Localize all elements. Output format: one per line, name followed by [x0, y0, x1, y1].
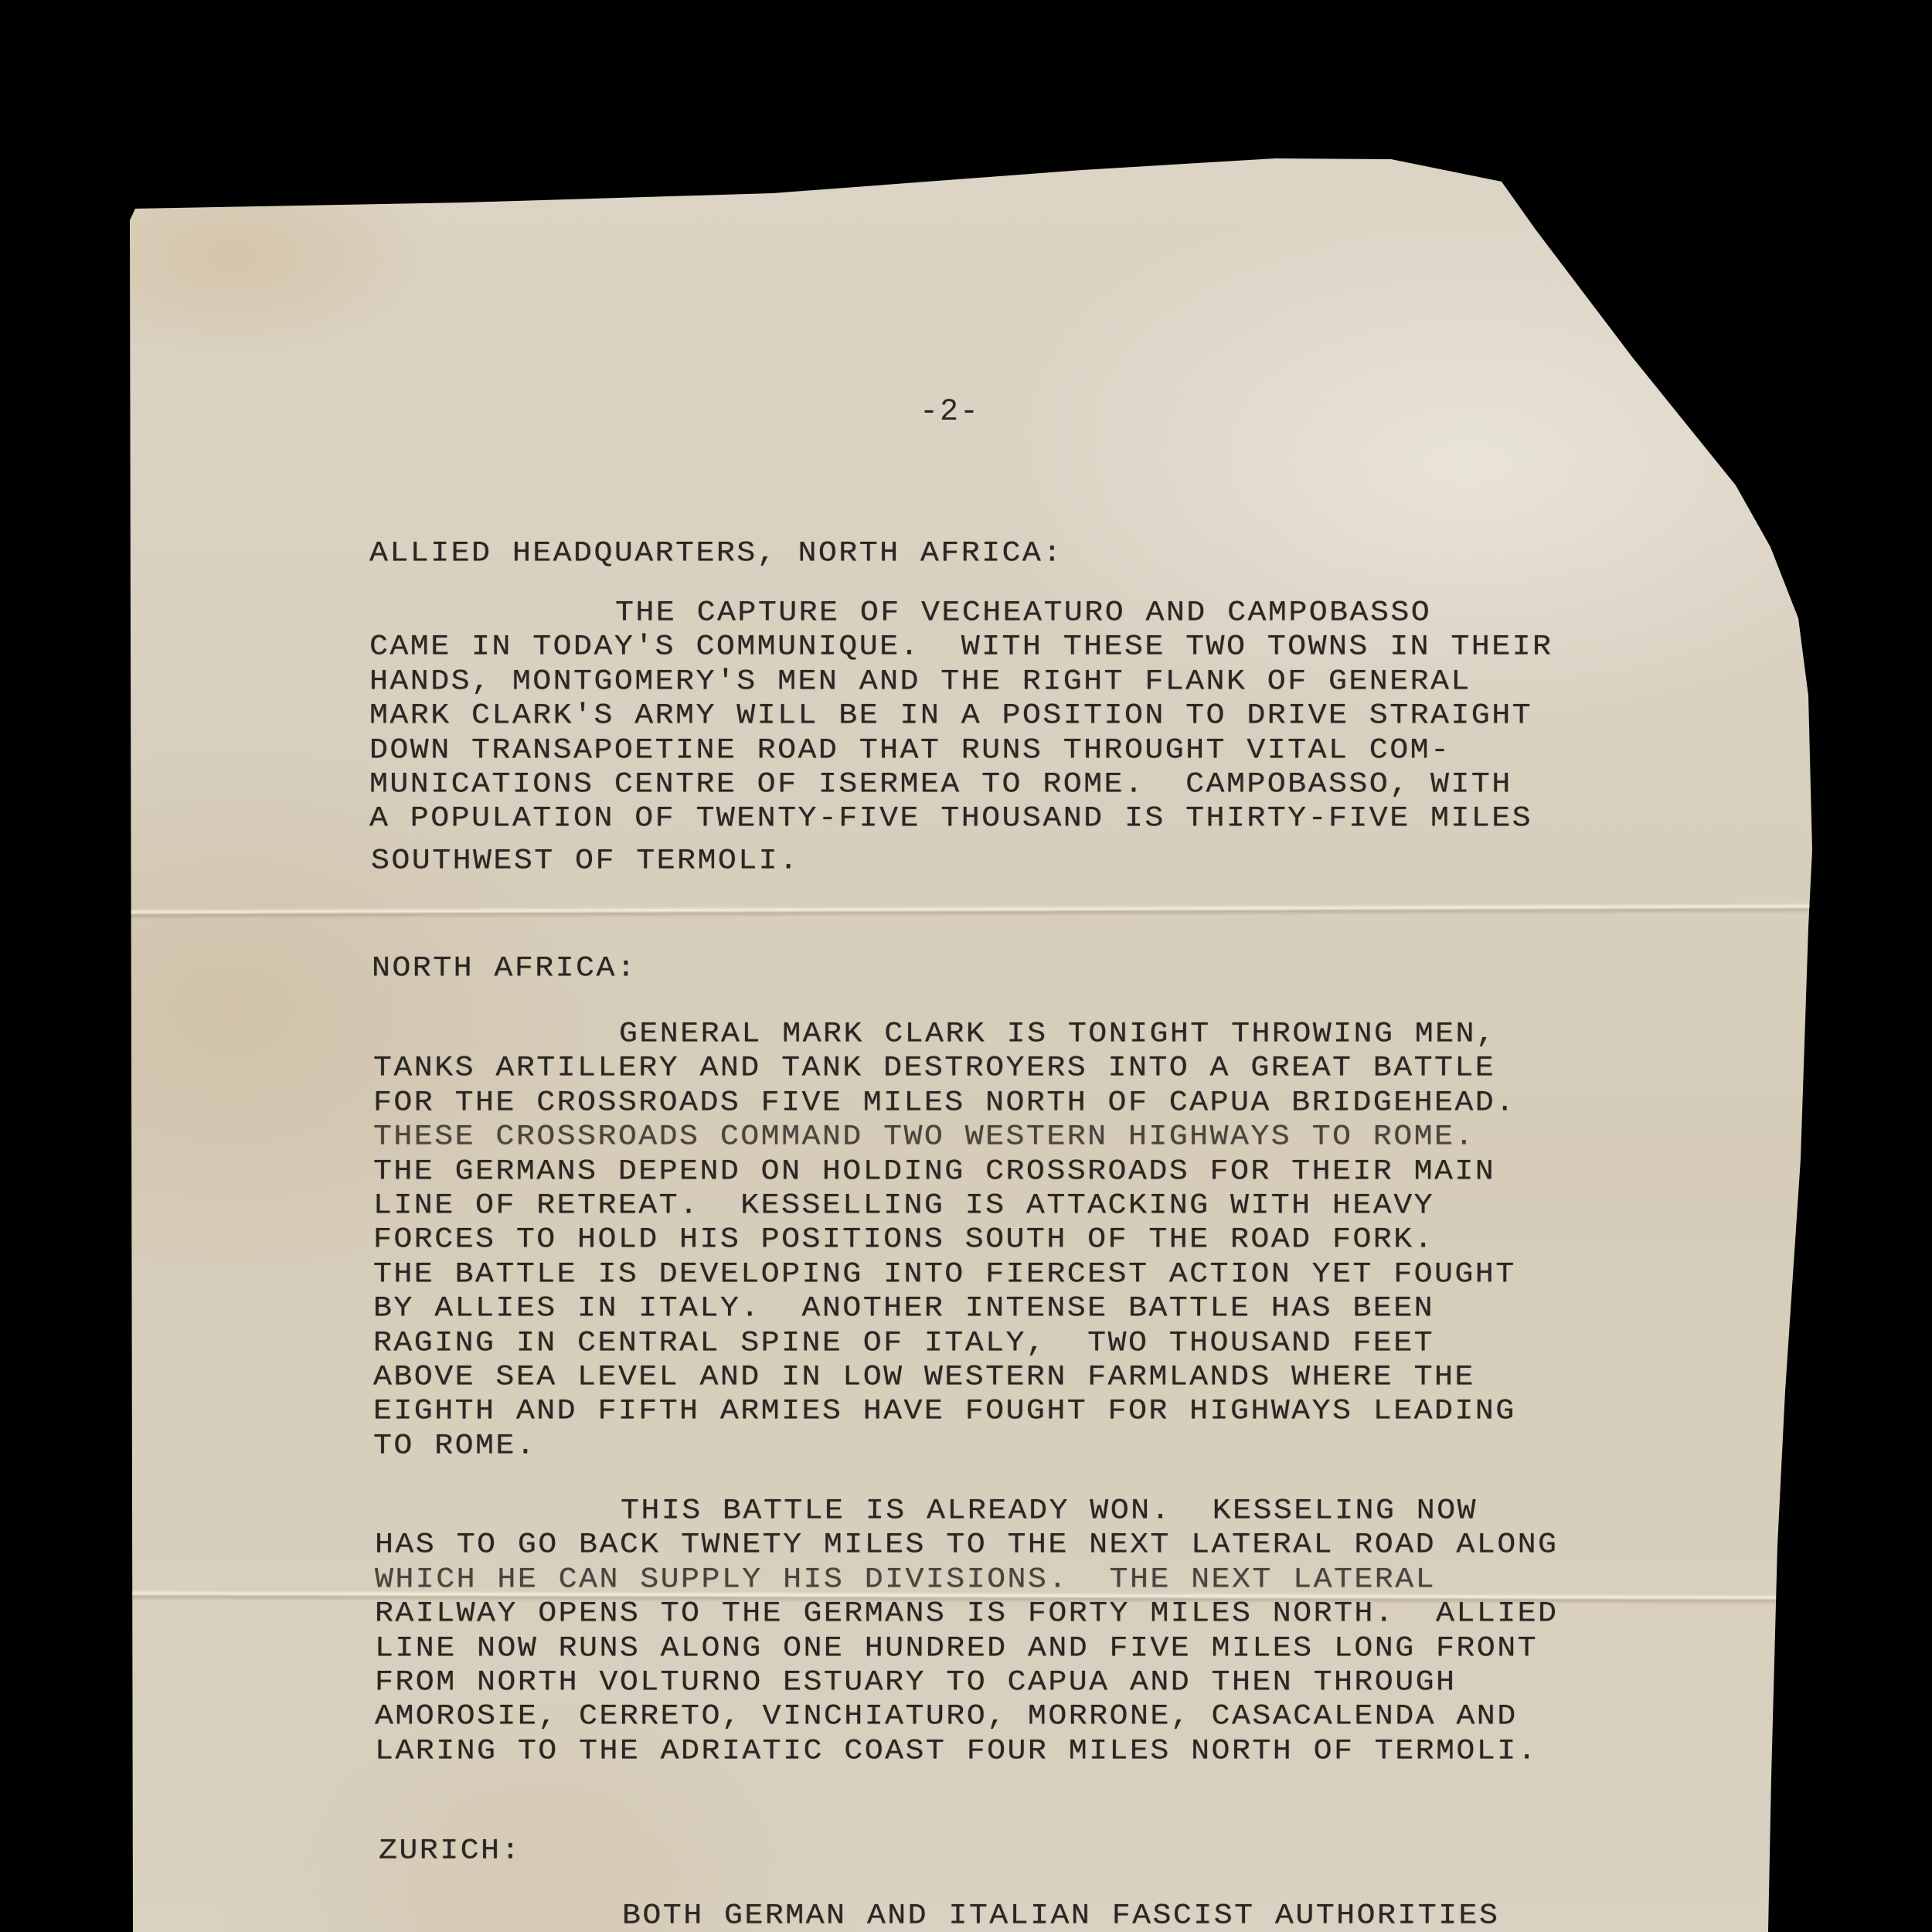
page-number: -2-: [920, 396, 980, 430]
paragraph-line: THE CAPTURE OF VECHEATURO AND CAMPOBASSO: [615, 598, 1798, 630]
paragraph-line: DOWN TRANSAPOETINE ROAD THAT RUNS THROUG…: [369, 735, 1553, 767]
paragraph-line: LINE NOW RUNS ALONG ONE HUNDRED AND FIVE…: [375, 1633, 1558, 1665]
paragraph-line: ABOVE SEA LEVEL AND IN LOW WESTERN FARML…: [373, 1362, 1516, 1394]
paragraph-line: RAILWAY OPENS TO THE GERMANS IS FORTY MI…: [375, 1599, 1558, 1631]
paragraph-line: THESE CROSSROADS COMMAND TWO WESTERN HIG…: [373, 1122, 1516, 1154]
paragraph-line: AMOROSIE, CERRETO, VINCHIATURO, MORRONE,…: [375, 1702, 1558, 1733]
paragraph-line: HAS TO GO BACK TWNETY MILES TO THE NEXT …: [375, 1530, 1558, 1562]
paragraph-line: TO ROME.: [373, 1430, 1516, 1462]
paragraph-line: EIGHTH AND FIFTH ARMIES HAVE FOUGHT FOR …: [373, 1396, 1516, 1428]
paragraph-fascist-authorities: BOTH GERMAN AND ITALIAN FASCIST AUTHORIT…: [376, 1900, 1253, 1932]
dateline-allied-headquarters: ALLIED HEADQUARTERS, NORTH AFRICA:: [369, 539, 1063, 570]
paragraph-line: LINE OF RETREAT. KESSELLING IS ATTACKING…: [373, 1191, 1516, 1223]
photo-background: -2- ALLIED HEADQUARTERS, NORTH AFRICA: T…: [0, 0, 1932, 1932]
paragraph-line: CAME IN TODAY'S COMMUNIQUE. WITH THESE T…: [369, 632, 1553, 664]
paragraph-line: MUNICATIONS CENTRE OF ISERMEA TO ROME. C…: [369, 770, 1553, 801]
paragraph-line: THE GERMANS DEPEND ON HOLDING CROSSROADS…: [373, 1156, 1516, 1188]
paragraph-line: LARING TO THE ADRIATIC COAST FOUR MILES …: [375, 1736, 1558, 1768]
paragraph-line: BOTH GERMAN AND ITALIAN FASCIST AUTHORIT…: [622, 1901, 1499, 1932]
paragraph-line: BY ALLIES IN ITALY. ANOTHER INTENSE BATT…: [373, 1294, 1516, 1325]
paragraph-line: A POPULATION OF TWENTY-FIVE THOUSAND IS …: [369, 804, 1553, 835]
paragraph-line: THE BATTLE IS DEVELOPING INTO FIERCEST A…: [373, 1260, 1516, 1291]
fold-crease: [130, 903, 1815, 920]
dateline-north-africa: NORTH AFRICA:: [372, 954, 637, 985]
paragraph-line: GENERAL MARK CLARK IS TONIGHT THROWING M…: [619, 1019, 1762, 1051]
typewritten-page: -2- ALLIED HEADQUARTERS, NORTH AFRICA: T…: [0, 0, 1932, 1932]
paragraph-mark-clark-battle: GENERAL MARK CLARK IS TONIGHT THROWING M…: [373, 1018, 1516, 1464]
paragraph-battle-already-won: THIS BATTLE IS ALREADY WON. KESSELING NO…: [375, 1495, 1558, 1769]
paragraph-line: WHICH HE CAN SUPPLY HIS DIVISIONS. THE N…: [375, 1565, 1558, 1597]
paragraph-line: SOUTHWEST OF TERMOLI.: [371, 846, 1554, 878]
paragraph-line: FORCES TO HOLD HIS POSITIONS SOUTH OF TH…: [373, 1225, 1516, 1257]
paragraph-line: TANKS ARTILLERY AND TANK DESTROYERS INTO…: [373, 1053, 1516, 1085]
paragraph-line: THIS BATTLE IS ALREADY WON. KESSELING NO…: [621, 1496, 1804, 1528]
paragraph-line: FROM NORTH VOLTURNO ESTUARY TO CAPUA AND…: [375, 1668, 1558, 1699]
paragraph-line: FOR THE CROSSROADS FIVE MILES NORTH OF C…: [373, 1088, 1516, 1120]
paragraph-line: RAGING IN CENTRAL SPINE OF ITALY, TWO TH…: [373, 1328, 1516, 1359]
paragraph-line: MARK CLARK'S ARMY WILL BE IN A POSITION …: [369, 701, 1553, 733]
dateline-zurich: ZURICH:: [379, 1836, 522, 1867]
paragraph-line: HANDS, MONTGOMERY'S MEN AND THE RIGHT FL…: [369, 667, 1553, 699]
paragraph-capture-campobasso: THE CAPTURE OF VECHEATURO AND CAMPOBASSO…: [369, 597, 1553, 871]
